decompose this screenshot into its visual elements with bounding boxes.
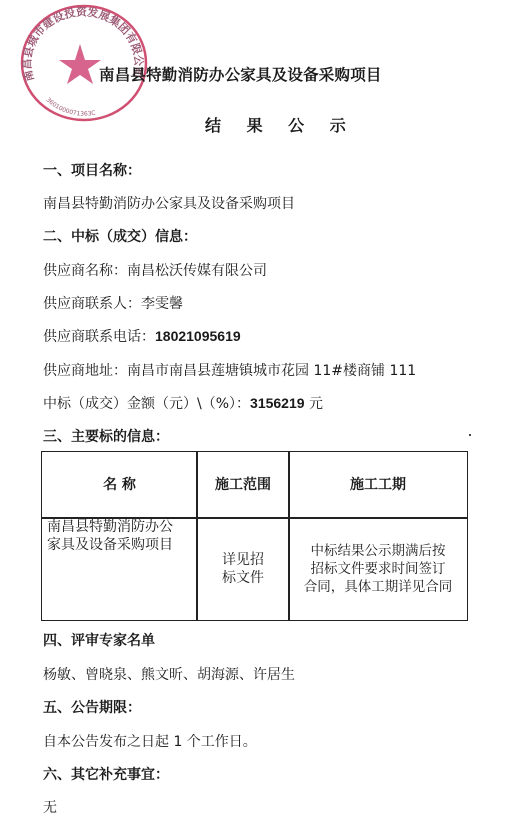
supplier-contact: 李雯馨 — [141, 296, 183, 312]
award-amount-label: 中标（成交）金额（元）\（%）： — [43, 396, 250, 412]
table-cell-period-line: 合同，具体工期详见合同 — [304, 578, 453, 596]
table-cell-scope: 详见招 标文件 — [197, 518, 289, 619]
section-5-heading: 五、公告期限： — [43, 697, 141, 717]
table-cell-period-line: 招标文件要求时间签订 — [311, 560, 446, 578]
stamp-star-icon — [59, 44, 101, 84]
document-title: 南昌县特勤消防办公家具及设备采购项目 — [99, 63, 382, 85]
table-header-scope: 施工范围 — [197, 452, 289, 518]
table-cell-name-line: 家具及设备采购项目 — [47, 536, 173, 554]
document-subtitle: 结 果 公 示 — [205, 113, 356, 136]
supplier-contact-line: 供应商联系人：李雯馨 — [43, 293, 183, 313]
award-amount-line: 中标（成交）金额（元）\（%）：3156219 元 — [43, 393, 323, 413]
svg-text:3601000071363C: 3601000071363C — [45, 96, 97, 117]
award-amount-unit: 元 — [305, 396, 323, 412]
table-cell-period-line: 中标结果公示期满后按 — [311, 542, 446, 560]
table-cell-scope-line: 标文件 — [222, 569, 264, 587]
supplier-contact-label: 供应商联系人： — [43, 296, 141, 312]
supplier-address-label: 供应商地址： — [43, 363, 127, 379]
supplier-phone-line: 供应商联系电话：18021095619 — [43, 326, 241, 346]
subject-info-table: 名 称 施工范围 施工工期 南昌县特勤消防办公 家具及设备采购项目 详见招 标文… — [41, 451, 468, 621]
table-cell-name: 南昌县特勤消防办公 家具及设备采购项目 — [42, 518, 197, 619]
supplier-name-label: 供应商名称： — [43, 263, 127, 279]
section-2-heading: 二、中标（成交）信息： — [43, 226, 197, 246]
table-cell-period: 中标结果公示期满后按 招标文件要求时间签订 合同，具体工期详见合同 — [289, 518, 467, 619]
project-name: 南昌县特勤消防办公家具及设备采购项目 — [43, 193, 295, 213]
section-1-heading: 一、项目名称： — [43, 160, 141, 180]
supplier-address-line: 供应商地址：南昌市南昌县莲塘镇城市花园 11#楼商铺 111 — [43, 360, 416, 380]
table-cell-scope-line: 详见招 — [222, 551, 264, 569]
supplier-phone-label: 供应商联系电话： — [43, 329, 155, 345]
notice-period: 自本公告发布之日起 1 个工作日。 — [43, 731, 257, 751]
supplier-address: 南昌市南昌县莲塘镇城市花园 11#楼商铺 111 — [127, 363, 416, 379]
other-matters: 无 — [43, 797, 57, 817]
award-amount: 3156219 — [250, 395, 305, 411]
section-3-heading: 三、主要标的信息： — [43, 426, 169, 446]
supplier-name: 南昌松沃传媒有限公司 — [127, 263, 267, 279]
table-header-name: 名 称 — [42, 452, 197, 518]
supplier-name-line: 供应商名称：南昌松沃传媒有限公司 — [43, 260, 267, 280]
section-4-heading: 四、评审专家名单 — [43, 630, 155, 650]
section-6-heading: 六、其它补充事宜： — [43, 764, 169, 784]
expert-list: 杨敏、曾晓泉、熊文昕、胡海源、许居生 — [43, 664, 295, 684]
table-header-period: 施工工期 — [289, 452, 467, 518]
stamp-serial: 3601000071363C — [45, 96, 97, 117]
table-cell-name-line: 南昌县特勤消防办公 — [47, 518, 173, 536]
supplier-phone: 18021095619 — [155, 328, 241, 344]
scan-speck — [469, 434, 471, 436]
